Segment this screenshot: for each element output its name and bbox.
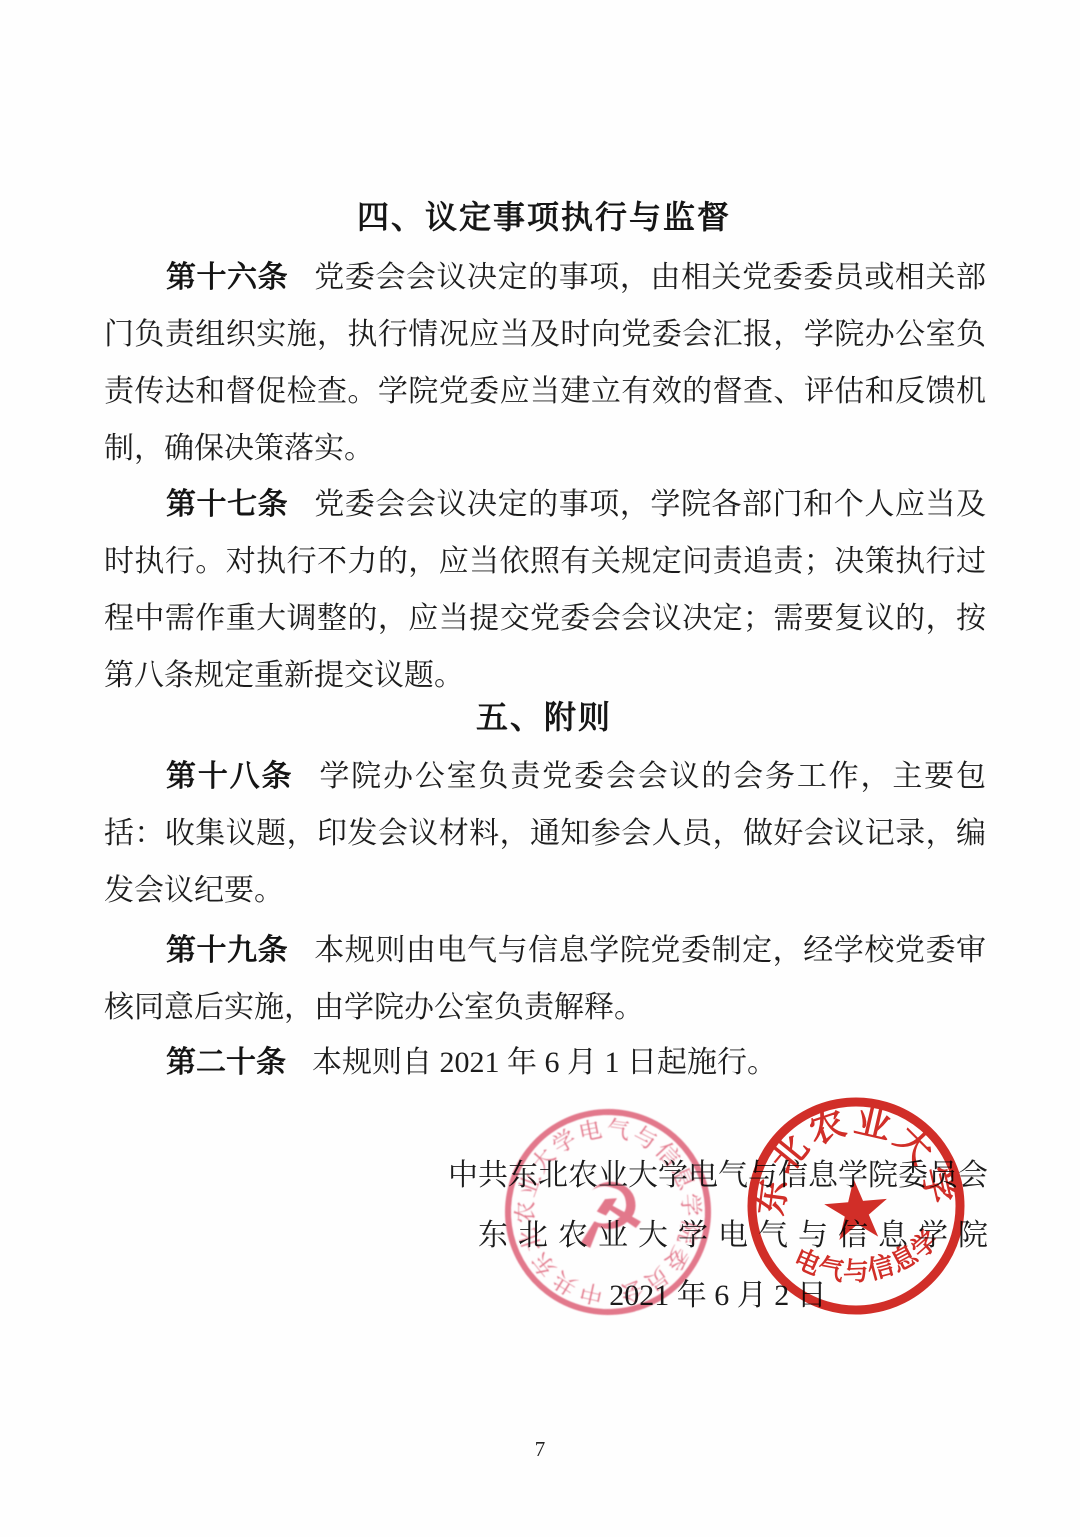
clause-20-term: 第二十条: [166, 1046, 286, 1079]
page-number: 7: [0, 1437, 1080, 1462]
clause-16: 第十六条党委会会议决定的事项，由相关党委委员或相关部门负责组织实施，执行情况应当…: [104, 249, 986, 477]
clause-20: 第二十条本规则自 2021 年 6 月 1 日起施行。: [104, 1034, 986, 1091]
signature-org-line1: 中共东北农业大学电气与信息学院委员会: [448, 1146, 988, 1206]
signature-date: 2021 年 6 月 2 日: [448, 1266, 988, 1326]
clause-18-term: 第十八条: [166, 760, 293, 793]
clause-18: 第十八条学院办公室负责党委会会议的会务工作，主要包括：收集议题，印发会议材料，通…: [104, 748, 986, 919]
clause-17-term: 第十七条: [166, 488, 288, 521]
section-heading-5: 五、附则: [104, 692, 984, 738]
signature-org-line2: 东北农业大学电气与信息学院: [448, 1206, 998, 1266]
clause-20-text: 本规则自 2021 年 6 月 1 日起施行。: [312, 1046, 777, 1079]
section-heading-4: 四、议定事项执行与监督: [104, 192, 984, 238]
clause-19-term: 第十九条: [166, 934, 288, 967]
clause-16-term: 第十六条: [166, 261, 288, 294]
clause-17: 第十七条党委会会议决定的事项，学院各部门和个人应当及时执行。对执行不力的，应当依…: [104, 476, 986, 704]
clause-19: 第十九条本规则由电气与信息学院党委制定，经学校党委审核同意后实施，由学院办公室负…: [104, 922, 986, 1036]
signature-block: 中共东北农业大学电气与信息学院委员会 东北农业大学电气与信息学院 2021 年 …: [448, 1146, 988, 1326]
document-page: 四、议定事项执行与监督 第十六条党委会会议决定的事项，由相关党委委员或相关部门负…: [0, 0, 1080, 1537]
